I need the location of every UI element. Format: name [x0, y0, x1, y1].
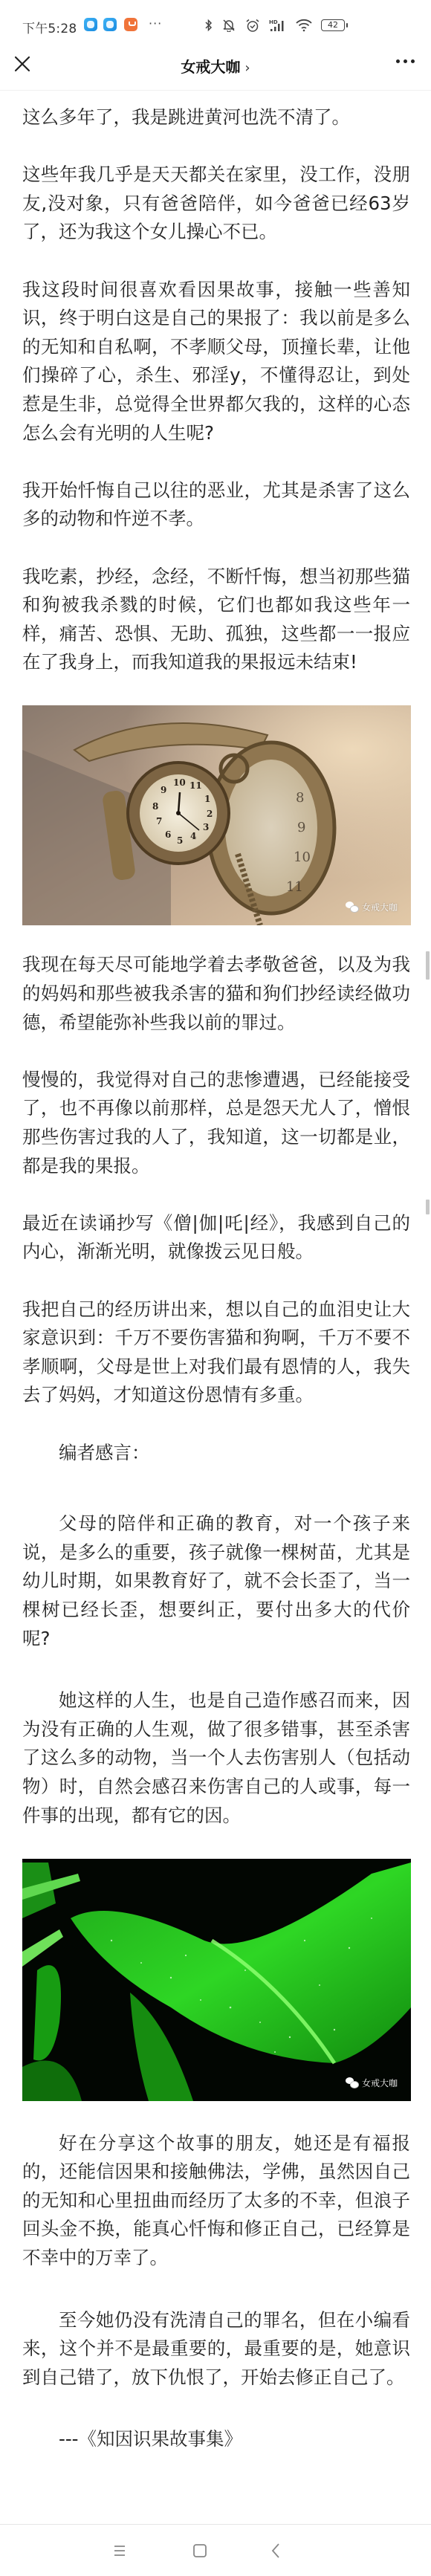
- article-paragraph: 这些年我几乎是天天都关在家里，没工作，没朋友,没对象，只有爸爸陪伴，如今爸爸已经…: [22, 161, 410, 247]
- article-paragraph: 我现在每天尽可能地学着去孝敬爸爸，以及为我的妈妈和那些被我杀害的猫和狗们抄经读经…: [22, 951, 410, 1037]
- article-image-green-leaf[interactable]: 女戒大咖: [22, 1859, 411, 2101]
- status-bar: 下午5:28 ··· HD 42: [0, 0, 431, 42]
- alarm-icon: [245, 19, 260, 33]
- wechat-icon: [346, 902, 359, 913]
- more-dot: [404, 59, 407, 63]
- svg-text:1: 1: [204, 794, 210, 804]
- home-icon: [189, 2540, 211, 2562]
- blue-app-icon: [84, 18, 97, 31]
- green-leaf-image: [22, 1859, 411, 2101]
- svg-text:9: 9: [297, 820, 305, 835]
- menu-icon: [108, 2540, 131, 2562]
- image-watermark: 女戒大咖: [346, 2077, 398, 2089]
- mute-bell-icon: [221, 19, 236, 32]
- svg-text:11: 11: [286, 879, 303, 895]
- article-paragraph: 我这段时间很喜欢看因果故事，接触一些善知识，终于明白这是自己的果报了：我以前是多…: [22, 276, 410, 448]
- article-paragraph: 我开始忏悔自己以往的恶业，尤其是杀害了这么多的动物和忤逆不孝。: [22, 476, 410, 534]
- orange-app-icon: [124, 18, 137, 31]
- system-nav-bar: [0, 2524, 431, 2576]
- svg-text:7: 7: [156, 816, 162, 826]
- battery-indicator: 42: [321, 19, 345, 31]
- more-dot: [411, 59, 415, 63]
- chevron-right-icon: ›: [244, 60, 250, 76]
- article-paragraph: 慢慢的，我觉得对自己的悲惨遭遇，已经能接受了，也不再像以前那样，总是怨天尤人了，…: [22, 1066, 410, 1180]
- more-notifications-icon: ···: [149, 16, 162, 30]
- status-time: 下午5:28: [22, 18, 77, 36]
- article-paragraph: 她这样的人生，也是自己造作感召而来，因为没有正确的人生观，做了很多错事，甚至杀害…: [22, 1686, 410, 1830]
- status-icons: HD 42: [205, 18, 345, 33]
- more-dot: [396, 59, 400, 63]
- blue-app-icon: [103, 18, 117, 31]
- svg-text:10: 10: [173, 777, 186, 788]
- more-options-button[interactable]: [396, 59, 415, 63]
- article-paragraph: 好在分享这个故事的朋友，她还是有福报的，还能信因果和接触佛法，学佛，虽然因自己的…: [22, 2129, 410, 2273]
- svg-text:10: 10: [294, 850, 311, 865]
- scrollbar-thumb[interactable]: [426, 1200, 430, 1214]
- svg-text:11: 11: [189, 780, 202, 791]
- article-paragraph: 至今她仍没有洗清自己的罪名，但在小编看来，这个并不是最重要的，最重要的是，她意识…: [22, 2306, 410, 2392]
- hd-signal-icon: HD: [269, 19, 287, 32]
- bluetooth-icon: [205, 19, 213, 32]
- article-header: 女戒大咖›: [0, 42, 431, 91]
- svg-text:9: 9: [161, 785, 166, 795]
- article-paragraph: 这么多年了，我是跳进黄河也洗不清了。: [22, 103, 410, 132]
- article-paragraph: 我吃素，抄经，念经，不断忏悔，想当初那些猫和狗被我杀戮的时候，它们也都如我这些年…: [22, 563, 410, 677]
- svg-text:6: 6: [165, 829, 171, 840]
- home-button[interactable]: [189, 2540, 211, 2562]
- svg-text:8: 8: [296, 790, 304, 806]
- article-source: ---《知因识果故事集》: [22, 2425, 410, 2454]
- image-watermark: 女戒大咖: [346, 901, 398, 913]
- back-button[interactable]: [265, 2540, 287, 2562]
- svg-text:8: 8: [152, 801, 158, 812]
- wechat-icon: [346, 2077, 359, 2088]
- watermark-text: 女戒大咖: [362, 2077, 398, 2089]
- scrollbar-thumb[interactable]: [426, 951, 430, 980]
- wifi-icon: [296, 19, 312, 32]
- article-body: 这么多年了，我是跳进黄河也洗不清了。 这些年我几乎是天天都关在家里，没工作，没朋…: [22, 91, 410, 2483]
- pocket-watch-image: 10119 876 543 21 891011: [22, 705, 411, 925]
- svg-text:5: 5: [177, 835, 183, 846]
- article-paragraph: 最近在读诵抄写《僧|伽|吒|经》，我感到自己的内心，渐渐光明，就像拨云见日般。: [22, 1209, 410, 1266]
- menu-button[interactable]: [108, 2540, 131, 2562]
- svg-text:2: 2: [207, 809, 213, 819]
- article-paragraph: 我把自己的经历讲出来，想以自己的血泪史让大家意识到：千万不要伤害猫和狗啊，千万不…: [22, 1295, 410, 1410]
- editor-note-heading: 编者感言：: [22, 1439, 410, 1468]
- watermark-text: 女戒大咖: [362, 901, 398, 913]
- article-paragraph: 父母的陪伴和正确的教育，对一个孩子来说，是多么的重要，孩子就像一棵树苗，尤其是幼…: [22, 1509, 410, 1653]
- account-title-link[interactable]: 女戒大咖›: [0, 55, 431, 77]
- back-icon: [265, 2540, 287, 2562]
- article-image-pocket-watch[interactable]: 10119 876 543 21 891011 女戒大咖: [22, 705, 411, 925]
- svg-text:4: 4: [190, 831, 196, 841]
- account-name: 女戒大咖: [181, 58, 240, 76]
- svg-text:HD: HD: [269, 19, 278, 25]
- svg-text:3: 3: [203, 822, 209, 832]
